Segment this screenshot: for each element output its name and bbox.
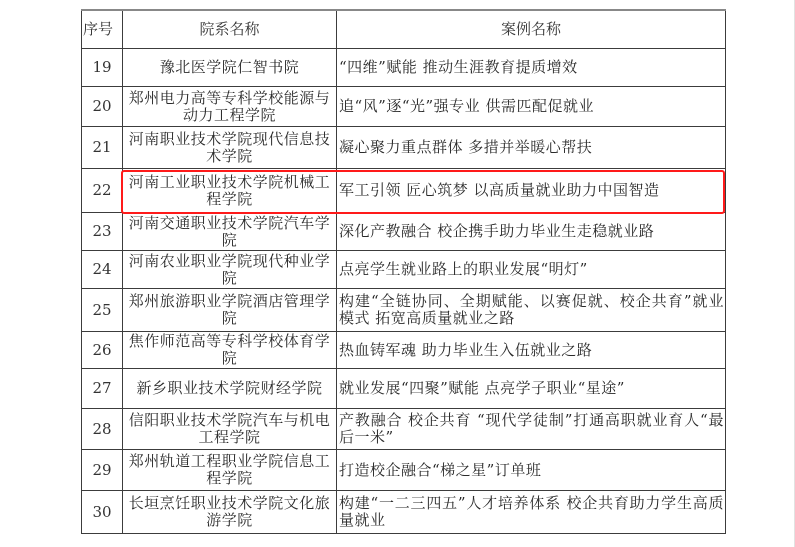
row-serial-number: 23 [82,213,123,251]
table-row-highlighted: 22 河南工业职业技术学院机械工程学院 军工引领 匠心筑梦 以高质量就业助力中国… [82,169,726,213]
row-department-name: 郑州轨道工程职业学院信息工程学院 [123,450,337,491]
table-row: 23 河南交通职业技术学院汽车学院 深化产教融合 校企携手助力毕业生走稳就业路 [82,213,726,251]
header-case-name: 案例名称 [337,10,726,49]
row-case-name: 打造校企融合“梯之星”订单班 [337,450,726,491]
row-serial-number: 22 [82,169,123,213]
row-department-name: 河南工业职业技术学院机械工程学院 [123,169,337,213]
row-case-name: 热血铸军魂 助力毕业生入伍就业之路 [337,332,726,369]
row-serial-number: 20 [82,87,123,127]
row-case-name: 点亮学生就业路上的职业发展“明灯” [337,251,726,289]
table-row: 25 郑州旅游职业学院酒店管理学院 构建“全链协同、全期赋能、以赛促就、校企共育… [82,289,726,332]
row-case-name: 产教融合 校企共育 “现代学徒制”打通高职就业育人“最后一米” [337,409,726,450]
row-department-name: 焦作师范高等专科学校体育学院 [123,332,337,369]
table-row: 20 郑州电力高等专科学校能源与动力工程学院 追“风”逐“光”强专业 供需匹配促… [82,87,726,127]
row-serial-number: 24 [82,251,123,289]
table-header-row: 序号 院系名称 案例名称 [82,10,726,49]
table-row: 24 河南农业职业学院现代种业学院 点亮学生就业路上的职业发展“明灯” [82,251,726,289]
row-case-name: 凝心聚力重点群体 多措并举暖心帮扶 [337,127,726,169]
row-department-name: 信阳职业技术学院汽车与机电工程学院 [123,409,337,450]
row-case-name: 构建“一二三四五”人才培养体系 校企共育助力学生高质量就业 [337,491,726,534]
table-row: 28 信阳职业技术学院汽车与机电工程学院 产教融合 校企共育 “现代学徒制”打通… [82,409,726,450]
row-department-name: 河南交通职业技术学院汽车学院 [123,213,337,251]
row-serial-number: 19 [82,49,123,87]
row-department-name: 豫北医学院仁智书院 [123,49,337,87]
row-serial-number: 27 [82,369,123,409]
row-case-name: 追“风”逐“光”强专业 供需匹配促就业 [337,87,726,127]
row-department-name: 郑州电力高等专科学校能源与动力工程学院 [123,87,337,127]
header-serial-number: 序号 [82,10,123,49]
table-row: 26 焦作师范高等专科学校体育学院 热血铸军魂 助力毕业生入伍就业之路 [82,332,726,369]
row-case-name: 军工引领 匠心筑梦 以高质量就业助力中国智造 [337,169,726,213]
table-row: 27 新乡职业技术学院财经学院 就业发展“四聚”赋能 点亮学子职业“星途” [82,369,726,409]
row-serial-number: 30 [82,491,123,534]
row-case-name: “四维”赋能 推动生涯教育提质增效 [337,49,726,87]
row-department-name: 新乡职业技术学院财经学院 [123,369,337,409]
row-serial-number: 29 [82,450,123,491]
row-department-name: 河南职业技术学院现代信息技术学院 [123,127,337,169]
table-row: 19 豫北医学院仁智书院 “四维”赋能 推动生涯教育提质增效 [82,49,726,87]
row-department-name: 郑州旅游职业学院酒店管理学院 [123,289,337,332]
table-row: 30 长垣烹饪职业技术学院文化旅游学院 构建“一二三四五”人才培养体系 校企共育… [82,491,726,534]
case-list-table: 序号 院系名称 案例名称 19 豫北医学院仁智书院 “四维”赋能 推动生涯教育提… [81,9,726,534]
row-case-name: 深化产教融合 校企携手助力毕业生走稳就业路 [337,213,726,251]
table-row: 21 河南职业技术学院现代信息技术学院 凝心聚力重点群体 多措并举暖心帮扶 [82,127,726,169]
row-serial-number: 25 [82,289,123,332]
row-case-name: 就业发展“四聚”赋能 点亮学子职业“星途” [337,369,726,409]
row-serial-number: 21 [82,127,123,169]
row-serial-number: 26 [82,332,123,369]
row-serial-number: 28 [82,409,123,450]
row-case-name: 构建“全链协同、全期赋能、以赛促就、校企共育”就业模式 拓宽高质量就业之路 [337,289,726,332]
header-department-name: 院系名称 [123,10,337,49]
row-department-name: 河南农业职业学院现代种业学院 [123,251,337,289]
row-department-name: 长垣烹饪职业技术学院文化旅游学院 [123,491,337,534]
table-row: 29 郑州轨道工程职业学院信息工程学院 打造校企融合“梯之星”订单班 [82,450,726,491]
